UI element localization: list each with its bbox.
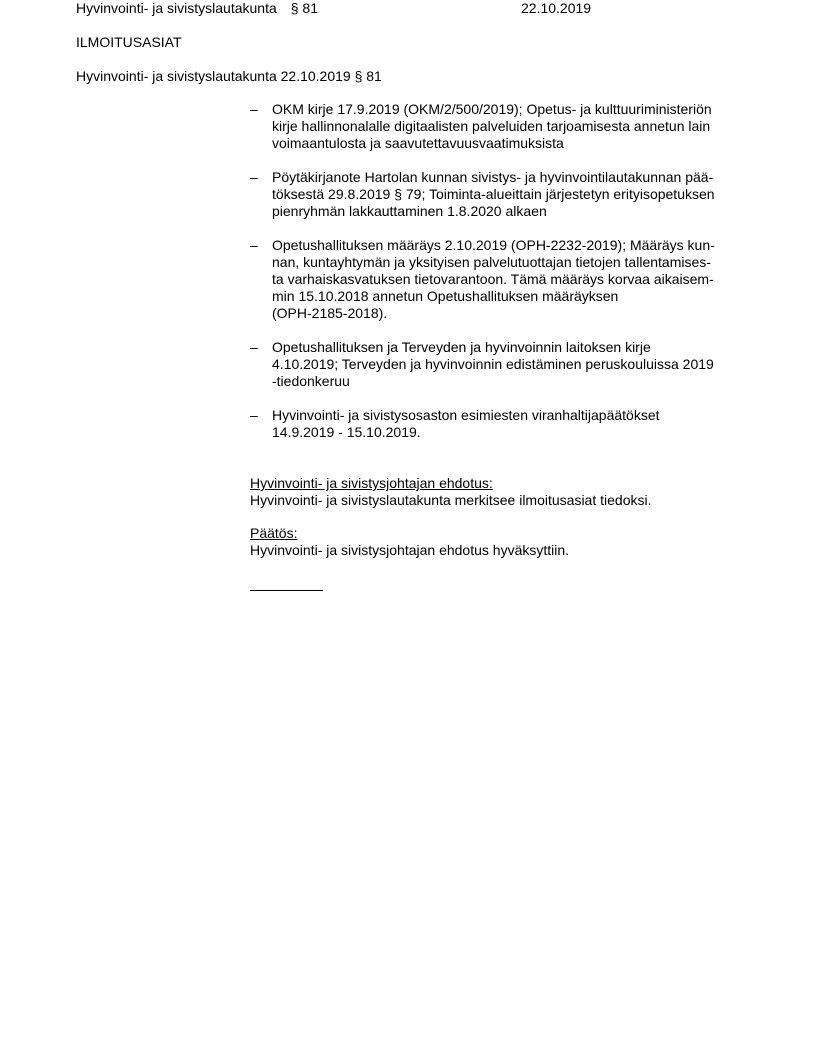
proposal-heading: Hyvinvointi- ja sivistysjohtajan ehdotus… xyxy=(250,475,750,492)
notice-item-line: 4.10.2019; Terveyden ja hyvinvoinnin edi… xyxy=(272,356,750,373)
dash-bullet-icon: – xyxy=(250,169,258,186)
notice-item-line: (OPH-2185-2018). xyxy=(272,305,750,322)
notice-item: –OKM kirje 17.9.2019 (OKM/2/500/2019); O… xyxy=(250,101,750,152)
notice-item-line: OKM kirje 17.9.2019 (OKM/2/500/2019); Op… xyxy=(272,101,750,118)
notice-item-line: töksestä 29.8.2019 § 79; Toiminta-alueit… xyxy=(272,186,750,203)
closing-rule xyxy=(250,590,323,591)
document-subtitle: Hyvinvointi- ja sivistyslautakunta 22.10… xyxy=(76,68,382,85)
header-committee: Hyvinvointi- ja sivistyslautakunta§ 81 xyxy=(76,0,318,17)
notice-item-line: Opetushallituksen ja Terveyden ja hyvinv… xyxy=(272,339,750,356)
dash-bullet-icon: – xyxy=(250,237,258,254)
notice-item-line: voimaantulosta ja saavutettavuusvaatimuk… xyxy=(272,135,750,152)
dash-bullet-icon: – xyxy=(250,339,258,356)
notice-item-line: 14.9.2019 - 15.10.2019. xyxy=(272,424,750,441)
decision-section: Päätös: Hyvinvointi- ja sivistysjohtajan… xyxy=(250,525,750,559)
notice-item-line: nan, kuntayhtymän ja yksityisen palvelut… xyxy=(272,254,750,271)
decision-heading: Päätös: xyxy=(250,525,750,542)
notice-item-line: Hyvinvointi- ja sivistysosaston esimiest… xyxy=(272,407,750,424)
header-committee-name: Hyvinvointi- ja sivistyslautakunta xyxy=(76,0,277,16)
notice-item-line: kirje hallinnonalalle digitaalisten palv… xyxy=(272,118,750,135)
proposal-section: Hyvinvointi- ja sivistysjohtajan ehdotus… xyxy=(250,475,750,509)
proposal-text: Hyvinvointi- ja sivistyslautakunta merki… xyxy=(250,492,750,509)
notice-items-list: –OKM kirje 17.9.2019 (OKM/2/500/2019); O… xyxy=(250,101,750,458)
notice-item-line: -tiedonkeruu xyxy=(272,373,750,390)
header-section-number: § 81 xyxy=(291,0,318,16)
notice-item-line: ta varhaiskasvatuksen tietovarantoon. Tä… xyxy=(272,271,750,288)
decision-text: Hyvinvointi- ja sivistysjohtajan ehdotus… xyxy=(250,542,750,559)
notice-item: –Pöytäkirjanote Hartolan kunnan sivistys… xyxy=(250,169,750,220)
notice-item: –Hyvinvointi- ja sivistysosaston esimies… xyxy=(250,407,750,441)
notice-item: –Opetushallituksen ja Terveyden ja hyvin… xyxy=(250,339,750,390)
notice-item-line: Pöytäkirjanote Hartolan kunnan sivistys-… xyxy=(272,169,750,186)
notice-item-line: Opetushallituksen määräys 2.10.2019 (OPH… xyxy=(272,237,750,254)
dash-bullet-icon: – xyxy=(250,101,258,118)
notice-item-line: pienryhmän lakkauttaminen 1.8.2020 alkae… xyxy=(272,203,750,220)
notice-item: –Opetushallituksen määräys 2.10.2019 (OP… xyxy=(250,237,750,322)
header-date: 22.10.2019 xyxy=(521,0,591,17)
notice-item-line: min 15.10.2018 annetun Opetushallituksen… xyxy=(272,288,750,305)
document-title: ILMOITUSASIAT xyxy=(76,34,182,51)
dash-bullet-icon: – xyxy=(250,407,258,424)
